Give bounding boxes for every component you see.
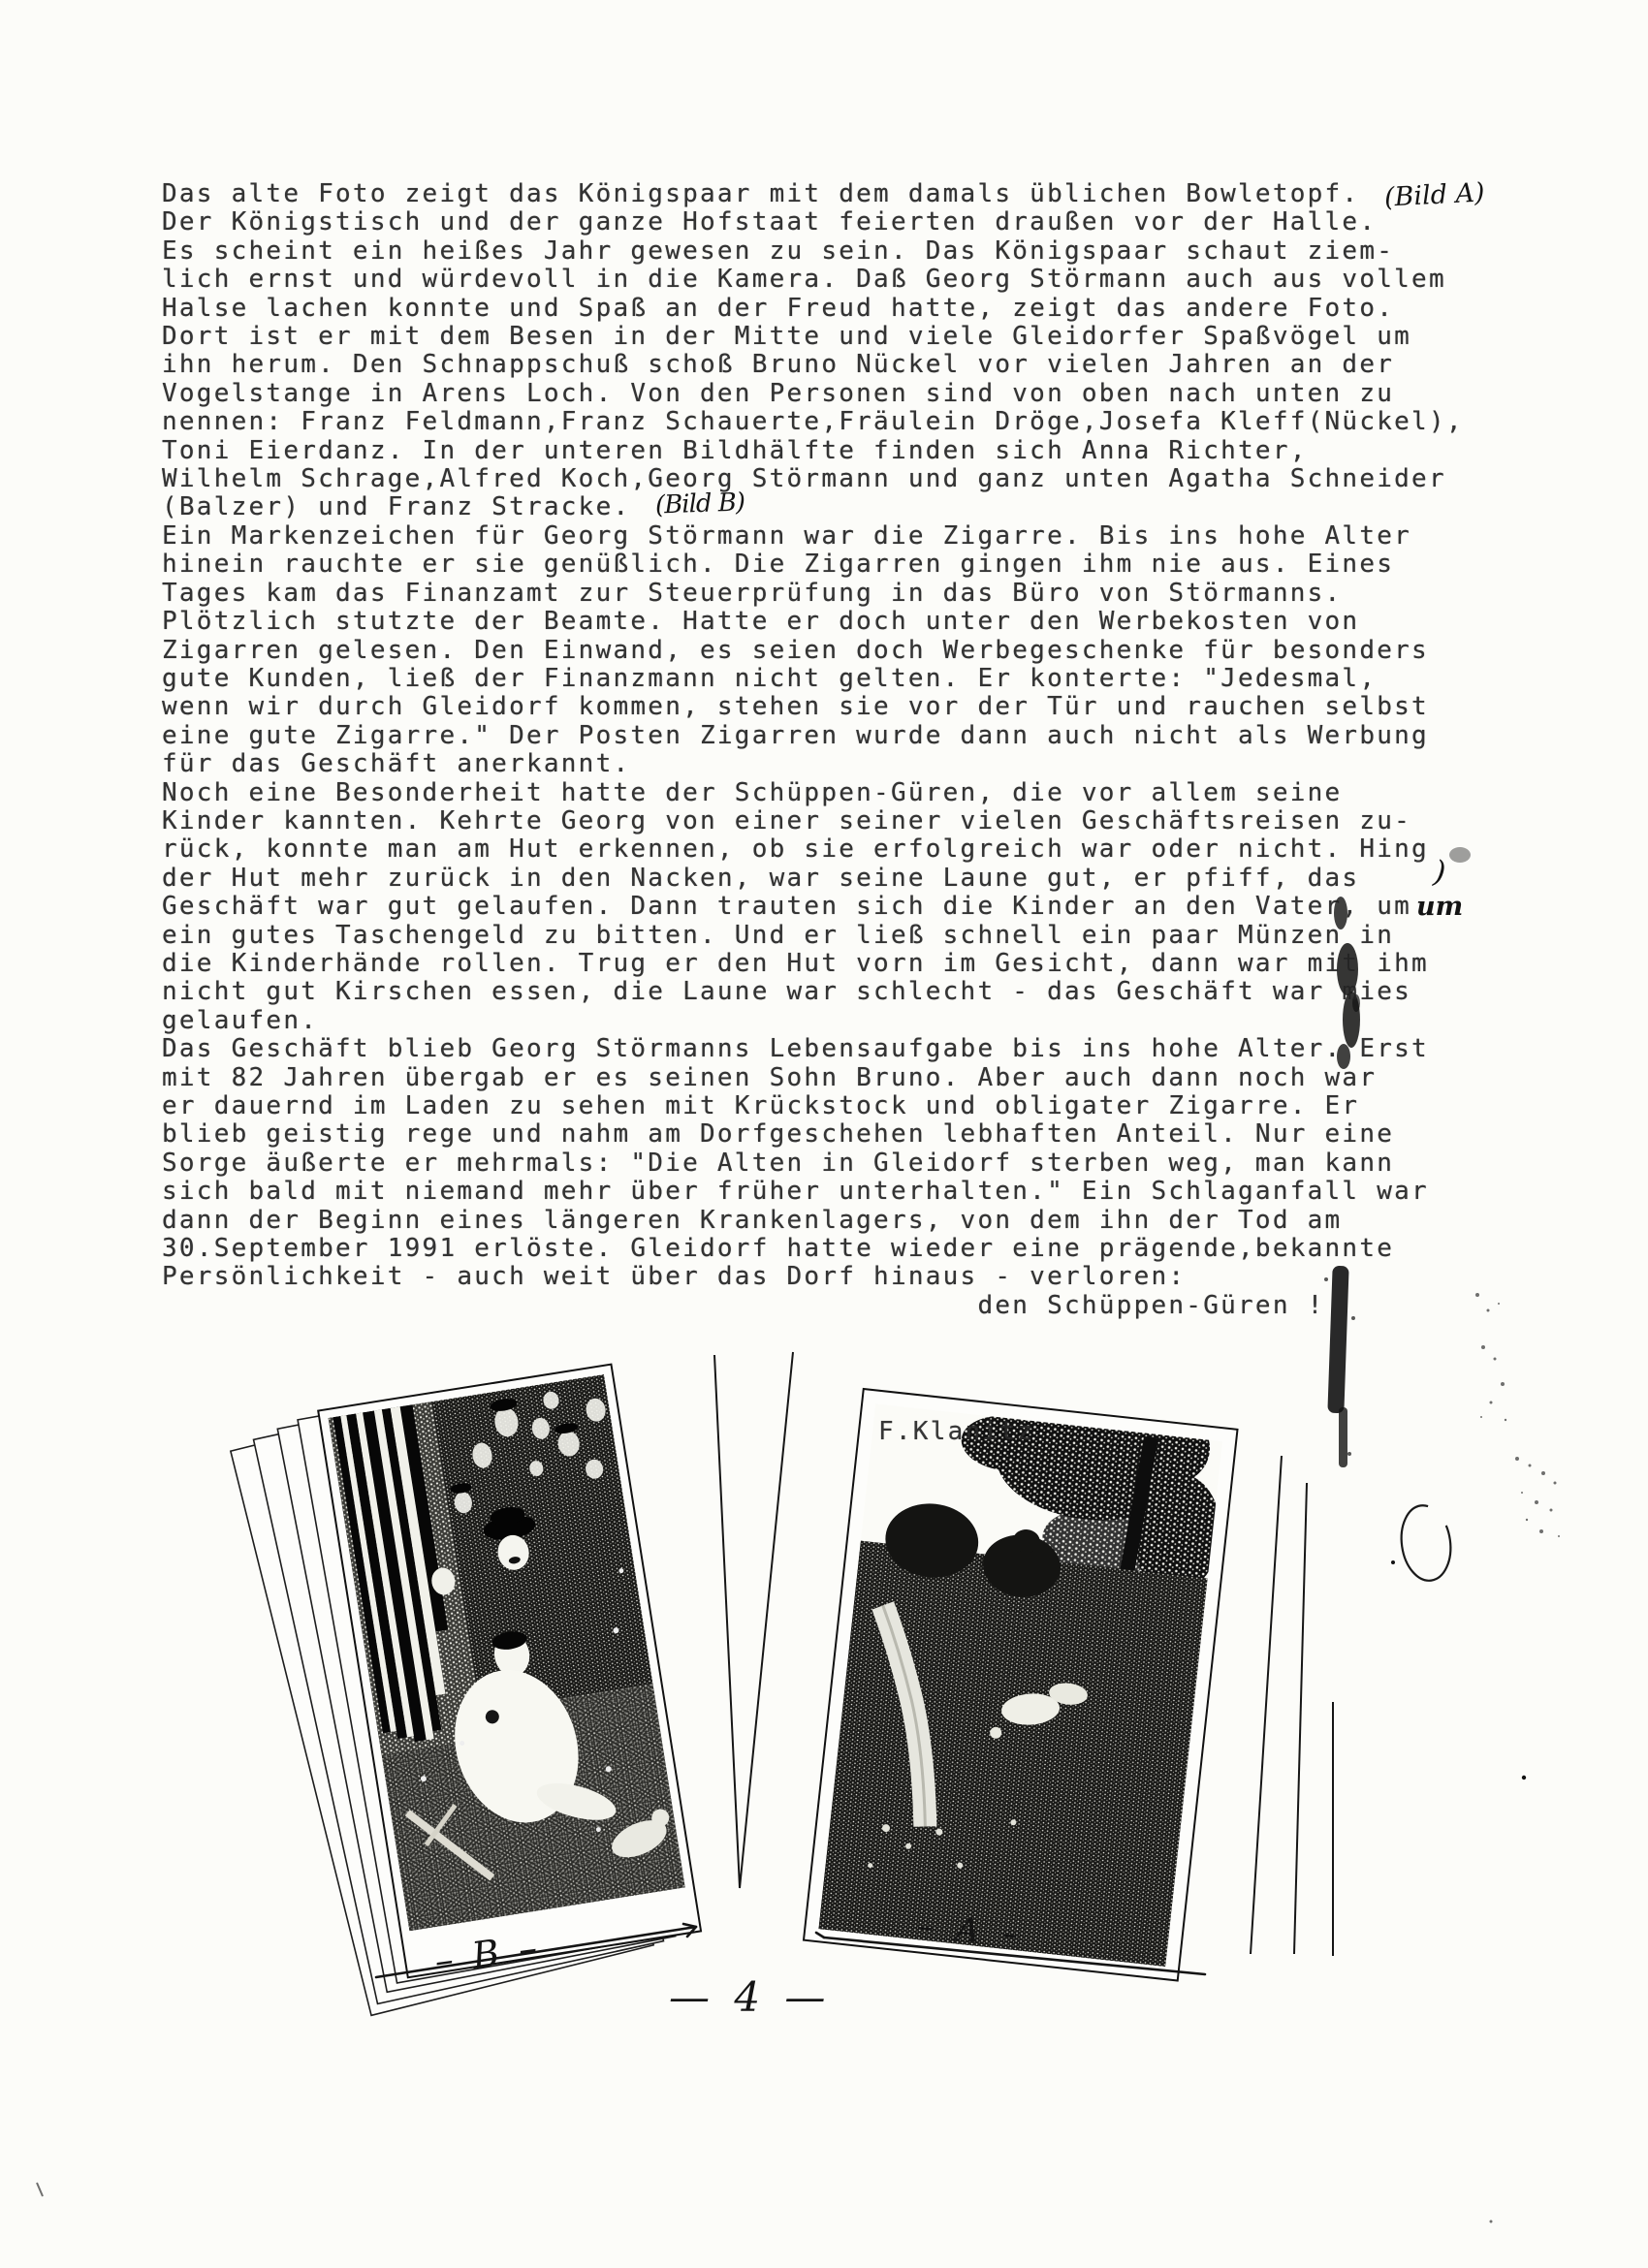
handwritten-bild-a-note: (Bild A)	[1383, 177, 1485, 212]
photo-b-pole-stripes	[329, 1402, 486, 1755]
handwritten-um-correction: um	[1416, 892, 1463, 922]
photo-b-bottom-details	[375, 1567, 676, 1897]
photo-a	[804, 1373, 1239, 1980]
photo-a-couple-silhouettes	[880, 1499, 1065, 1601]
corner-tick-mark	[37, 2183, 43, 2196]
photo-b-crowd-faces	[439, 1383, 618, 1514]
photo-a-label: – A –	[915, 1906, 1025, 1954]
handwritten-bild-b-note: (Bild B)	[655, 488, 745, 520]
typewritten-text: Das alte Foto zeigt das Königspaar mit d…	[162, 180, 1464, 1320]
photo-b-man-white-shirt	[429, 1619, 624, 1851]
margin-circle-mark	[1397, 1502, 1455, 1584]
photo-b-stack-sheets	[231, 1369, 687, 2015]
photo-b-crowd-hats	[438, 1388, 586, 1495]
page-number: — 4 —	[669, 1973, 831, 2021]
fold-v-shape	[714, 1352, 793, 1888]
photo-a-bright-shapes	[855, 1605, 1095, 1889]
scanned-typewritten-page: { "colors": { "ink": "#1f1f1f", "paper":…	[0, 0, 1648, 2268]
sheet-edges-right	[1251, 1456, 1333, 1956]
photo-b-label: – B –	[431, 1926, 543, 1983]
photo-b	[318, 1365, 701, 1978]
photo-b-man-with-hat	[422, 1503, 544, 1596]
photo-credit: F.Klanitz	[878, 1417, 1034, 1446]
